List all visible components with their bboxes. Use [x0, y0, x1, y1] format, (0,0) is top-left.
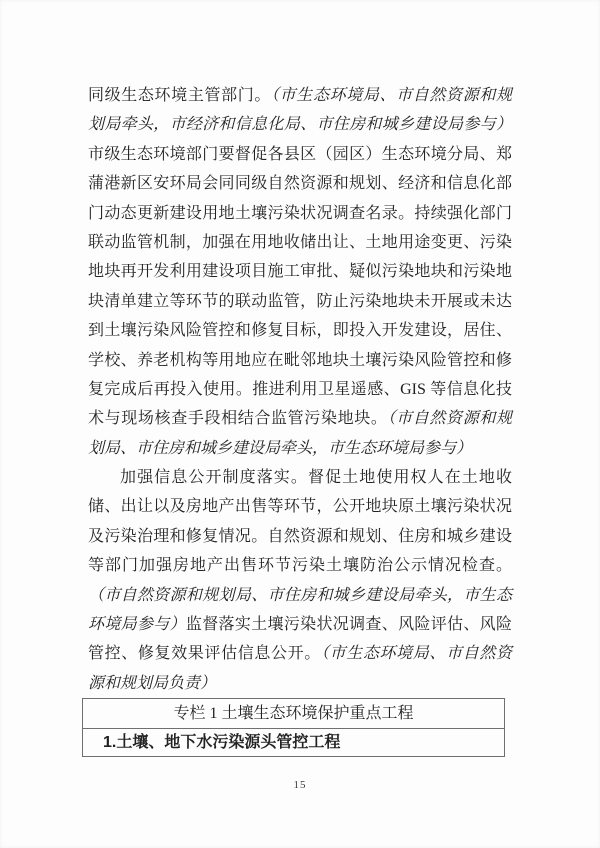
text-line: 学校、养老机构等用地应在毗邻地块土壤污染风险管控和修	[88, 346, 512, 375]
body-text: 复完成后再投入使用。推进利用卫星遥感、GIS 等信息化技	[88, 381, 512, 398]
body-text: 监督落实土壤污染状况调查、风险评估、风险	[186, 616, 512, 633]
attribution-text: 划局、市住房和城乡建设局牵头，市生态环境局参与）	[88, 440, 472, 457]
text-block: 同级生态环境主管部门。（市生态环境局、市自然资源和规划局牵头，市经济和信息化局、…	[88, 81, 512, 698]
text-line: 同级生态环境主管部门。（市生态环境局、市自然资源和规	[88, 81, 512, 110]
body-text: 储、出让以及房地产出售等环节，公开地块原土壤污染状况	[88, 498, 512, 515]
text-line: 管控、修复效果评估信息公开。（市生态环境局、市自然资	[88, 639, 512, 668]
text-line: 块清单建立等环节的联动监管，防止污染地块未开展或未达	[88, 287, 512, 316]
box-title: 专栏 1 土壤生态环境保护重点工程	[83, 699, 504, 729]
text-line: 到土壤污染风险管控和修复目标，即投入开发建设，居住、	[88, 316, 512, 345]
text-line: 市级生态环境部门要督促各县区（园区）生态环境分局、郑	[88, 140, 512, 169]
highlight-box: 专栏 1 土壤生态环境保护重点工程 1.土壤、地下水污染源头管控工程	[82, 698, 505, 757]
text-line: 地块再开发利用建设项目施工审批、疑似污染地块和污染地	[88, 257, 512, 286]
body-text: 学校、养老机构等用地应在毗邻地块土壤污染风险管控和修	[88, 352, 512, 369]
body-text: 联动监管机制，加强在用地收储出让、土地用途变更、污染	[88, 234, 512, 251]
text-line: （市自然资源和规划局、市住房和城乡建设局牵头，市生态	[88, 581, 512, 610]
text-line: 划局、市住房和城乡建设局牵头，市生态环境局参与）	[88, 434, 512, 463]
text-line: 划局牵头，市经济和信息化局、市住房和城乡建设局参与）	[88, 110, 512, 139]
body-text: 块清单建立等环节的联动监管，防止污染地块未开展或未达	[88, 293, 512, 310]
text-line: 术与现场核查手段相结合监管污染地块。（市自然资源和规	[88, 404, 512, 433]
attribution-text: 源和规划局负责）	[88, 675, 216, 692]
text-line: 门动态更新建设用地土壤污染状况调查名录。持续强化部门	[88, 199, 512, 228]
text-line: 环境局参与）监督落实土壤污染状况调查、风险评估、风险	[88, 610, 512, 639]
attribution-text: 环境局参与）	[88, 616, 186, 633]
body-text: 等部门加强房地产出售环节污染土壤防治公示情况检查。	[88, 557, 512, 574]
body-text: 加强信息公开制度落实。督促土地使用权人在土地收	[120, 469, 512, 486]
text-line: 储、出让以及房地产出售等环节，公开地块原土壤污染状况	[88, 492, 512, 521]
text-line: 联动监管机制，加强在用地收储出让、土地用途变更、污染	[88, 228, 512, 257]
attribution-text: （市自然资源和规划局、市住房和城乡建设局牵头，市生态	[88, 587, 512, 604]
page-number: 15	[0, 779, 600, 791]
attribution-text: （市生态环境局、市自然资	[321, 645, 512, 662]
body-text: 术与现场核查手段相结合监管污染地块。	[88, 410, 388, 427]
body-text: 蒲港新区安环局会同同级自然资源和规划、经济和信息化部	[88, 175, 512, 192]
body-text: 地块再开发利用建设项目施工审批、疑似污染地块和污染地	[88, 263, 512, 280]
attribution-text: （市生态环境局、市自然资源和规	[271, 87, 512, 104]
body-text: 管控、修复效果评估信息公开。	[88, 645, 321, 662]
body-text: 市级生态环境部门要督促各县区（园区）生态环境分局、郑	[88, 146, 512, 163]
document-page: 同级生态环境主管部门。（市生态环境局、市自然资源和规划局牵头，市经济和信息化局、…	[0, 0, 600, 848]
body-text: 门动态更新建设用地土壤污染状况调查名录。持续强化部门	[88, 205, 512, 222]
text-line: 源和规划局负责）	[88, 669, 512, 698]
attribution-text: （市自然资源和规	[388, 410, 512, 427]
body-text: 到土壤污染风险管控和修复目标，即投入开发建设，居住、	[88, 322, 512, 339]
body-text: 及污染治理和修复情况。自然资源和规划、住房和城乡建设	[88, 528, 512, 545]
text-line: 及污染治理和修复情况。自然资源和规划、住房和城乡建设	[88, 522, 512, 551]
box-item-1: 1.土壤、地下水污染源头管控工程	[83, 729, 504, 756]
text-line: 复完成后再投入使用。推进利用卫星遥感、GIS 等信息化技	[88, 375, 512, 404]
text-line: 等部门加强房地产出售环节污染土壤防治公示情况检查。	[88, 551, 512, 580]
text-line: 蒲港新区安环局会同同级自然资源和规划、经济和信息化部	[88, 169, 512, 198]
body-text: 同级生态环境主管部门。	[88, 87, 271, 104]
attribution-text: 划局牵头，市经济和信息化局、市住房和城乡建设局参与）	[88, 116, 512, 133]
text-line: 加强信息公开制度落实。督促土地使用权人在土地收	[88, 463, 512, 492]
